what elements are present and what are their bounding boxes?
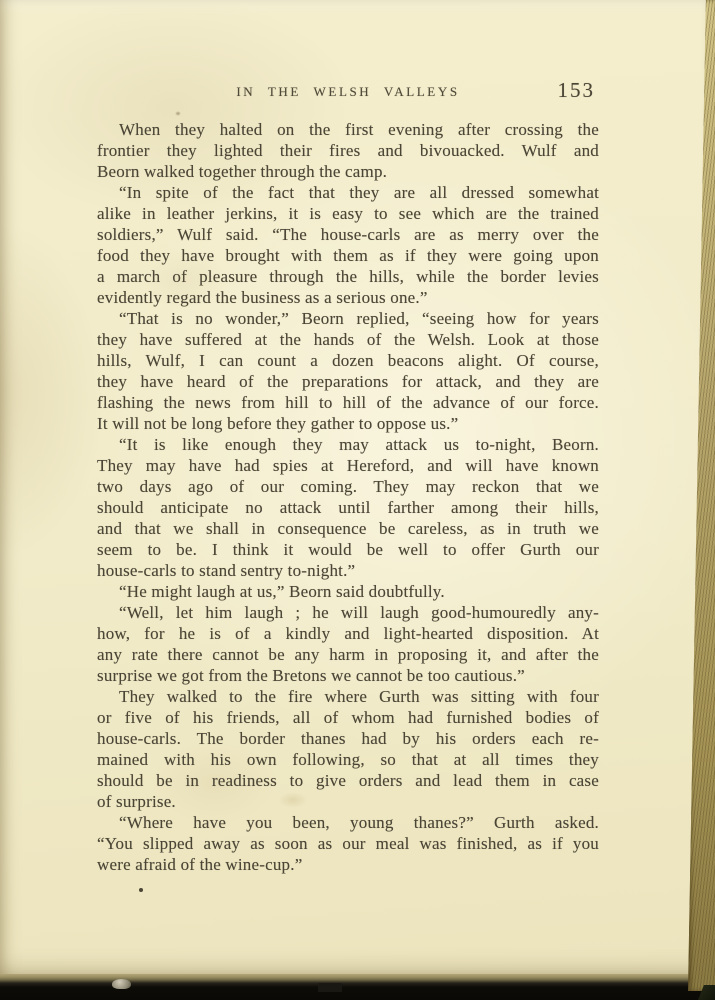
text-line: Beorn walked together through the camp. [97, 161, 599, 182]
paragraph: When they halted on the first evening af… [97, 119, 599, 182]
running-header-title: IN THE WELSH VALLEYS [97, 84, 599, 100]
paper-stain [140, 250, 230, 310]
table-shadow-bump [318, 983, 342, 992]
text-line: They walked to the fire where Gurth was … [97, 686, 599, 707]
text-line: they have heard of the preparations for … [97, 371, 599, 392]
text-line: house-carls. The border thanes had by hi… [97, 728, 599, 749]
text-line: they have suffered at the hands of the W… [97, 329, 599, 350]
binding-clip [112, 979, 131, 989]
text-line: “You slipped away as soon as our meal wa… [97, 833, 599, 854]
paper-stain [278, 792, 308, 808]
text-line: mained with his own following, so that a… [97, 749, 599, 770]
text-line: It will not be long before they gather t… [97, 413, 599, 434]
book-photo: IN THE WELSH VALLEYS 153 When they halte… [0, 0, 715, 1000]
running-header: IN THE WELSH VALLEYS 153 [97, 78, 599, 104]
text-line: of surprise. [97, 791, 599, 812]
text-line: alike in leather jerkins, it is easy to … [97, 203, 599, 224]
ink-speck [139, 888, 143, 892]
text-line: “It is like enough they may attack us to… [97, 434, 599, 455]
paragraph: “That is no wonder,” Beorn replied, “see… [97, 308, 599, 434]
text-line: seem to be. I think it would be well to … [97, 539, 599, 560]
text-line: “Well, let him laugh ; he will laugh goo… [97, 602, 599, 623]
text-line: any rate there cannot be any harm in pro… [97, 644, 599, 665]
book-bottom-edge [0, 974, 715, 1000]
text-line: “In spite of the fact that they are all … [97, 182, 599, 203]
text-line: were afraid of the wine-cup.” [97, 854, 599, 875]
paragraph: “Well, let him laugh ; he will laugh goo… [97, 602, 599, 686]
text-line: flashing the news from hill to hill of t… [97, 392, 599, 413]
text-line: how, for he is of a kindly and light-hea… [97, 623, 599, 644]
paragraph: They walked to the fire where Gurth was … [97, 686, 599, 812]
text-line: “Where have you been, young thanes?” Gur… [97, 812, 599, 833]
text-line: two days ago of our coming. They may rec… [97, 476, 599, 497]
book-page: IN THE WELSH VALLEYS 153 When they halte… [0, 0, 715, 978]
paragraph: “It is like enough they may attack us to… [97, 434, 599, 581]
text-line: “He might laugh at us,” Beorn said doubt… [97, 581, 599, 602]
text-line: surprise we got from the Bretons we cann… [97, 665, 599, 686]
text-line: They may have had spies at Hereford, and… [97, 455, 599, 476]
text-line: When they halted on the first evening af… [97, 119, 599, 140]
text-line: soldiers,” Wulf said. “The house-carls a… [97, 224, 599, 245]
page-number: 153 [558, 78, 596, 102]
text-line: hills, Wulf, I can count a dozen beacons… [97, 350, 599, 371]
paragraph: “He might laugh at us,” Beorn said doubt… [97, 581, 599, 602]
text-line: should be in readiness to give orders an… [97, 770, 599, 791]
text-line: should anticipate no attack until farthe… [97, 497, 599, 518]
paragraph: “Where have you been, young thanes?” Gur… [97, 812, 599, 875]
text-line: “That is no wonder,” Beorn replied, “see… [97, 308, 599, 329]
paper-smudge [175, 111, 181, 116]
text-line: house-carls to stand sentry to-night.” [97, 560, 599, 581]
text-line: and that we shall in consequence be care… [97, 518, 599, 539]
text-line: frontier they lighted their fires and bi… [97, 140, 599, 161]
page-body: When they halted on the first evening af… [97, 119, 599, 875]
text-line: or five of his friends, all of whom had … [97, 707, 599, 728]
photo-backdrop: { "page": { "header": { "title": "IN THE… [0, 0, 715, 1000]
